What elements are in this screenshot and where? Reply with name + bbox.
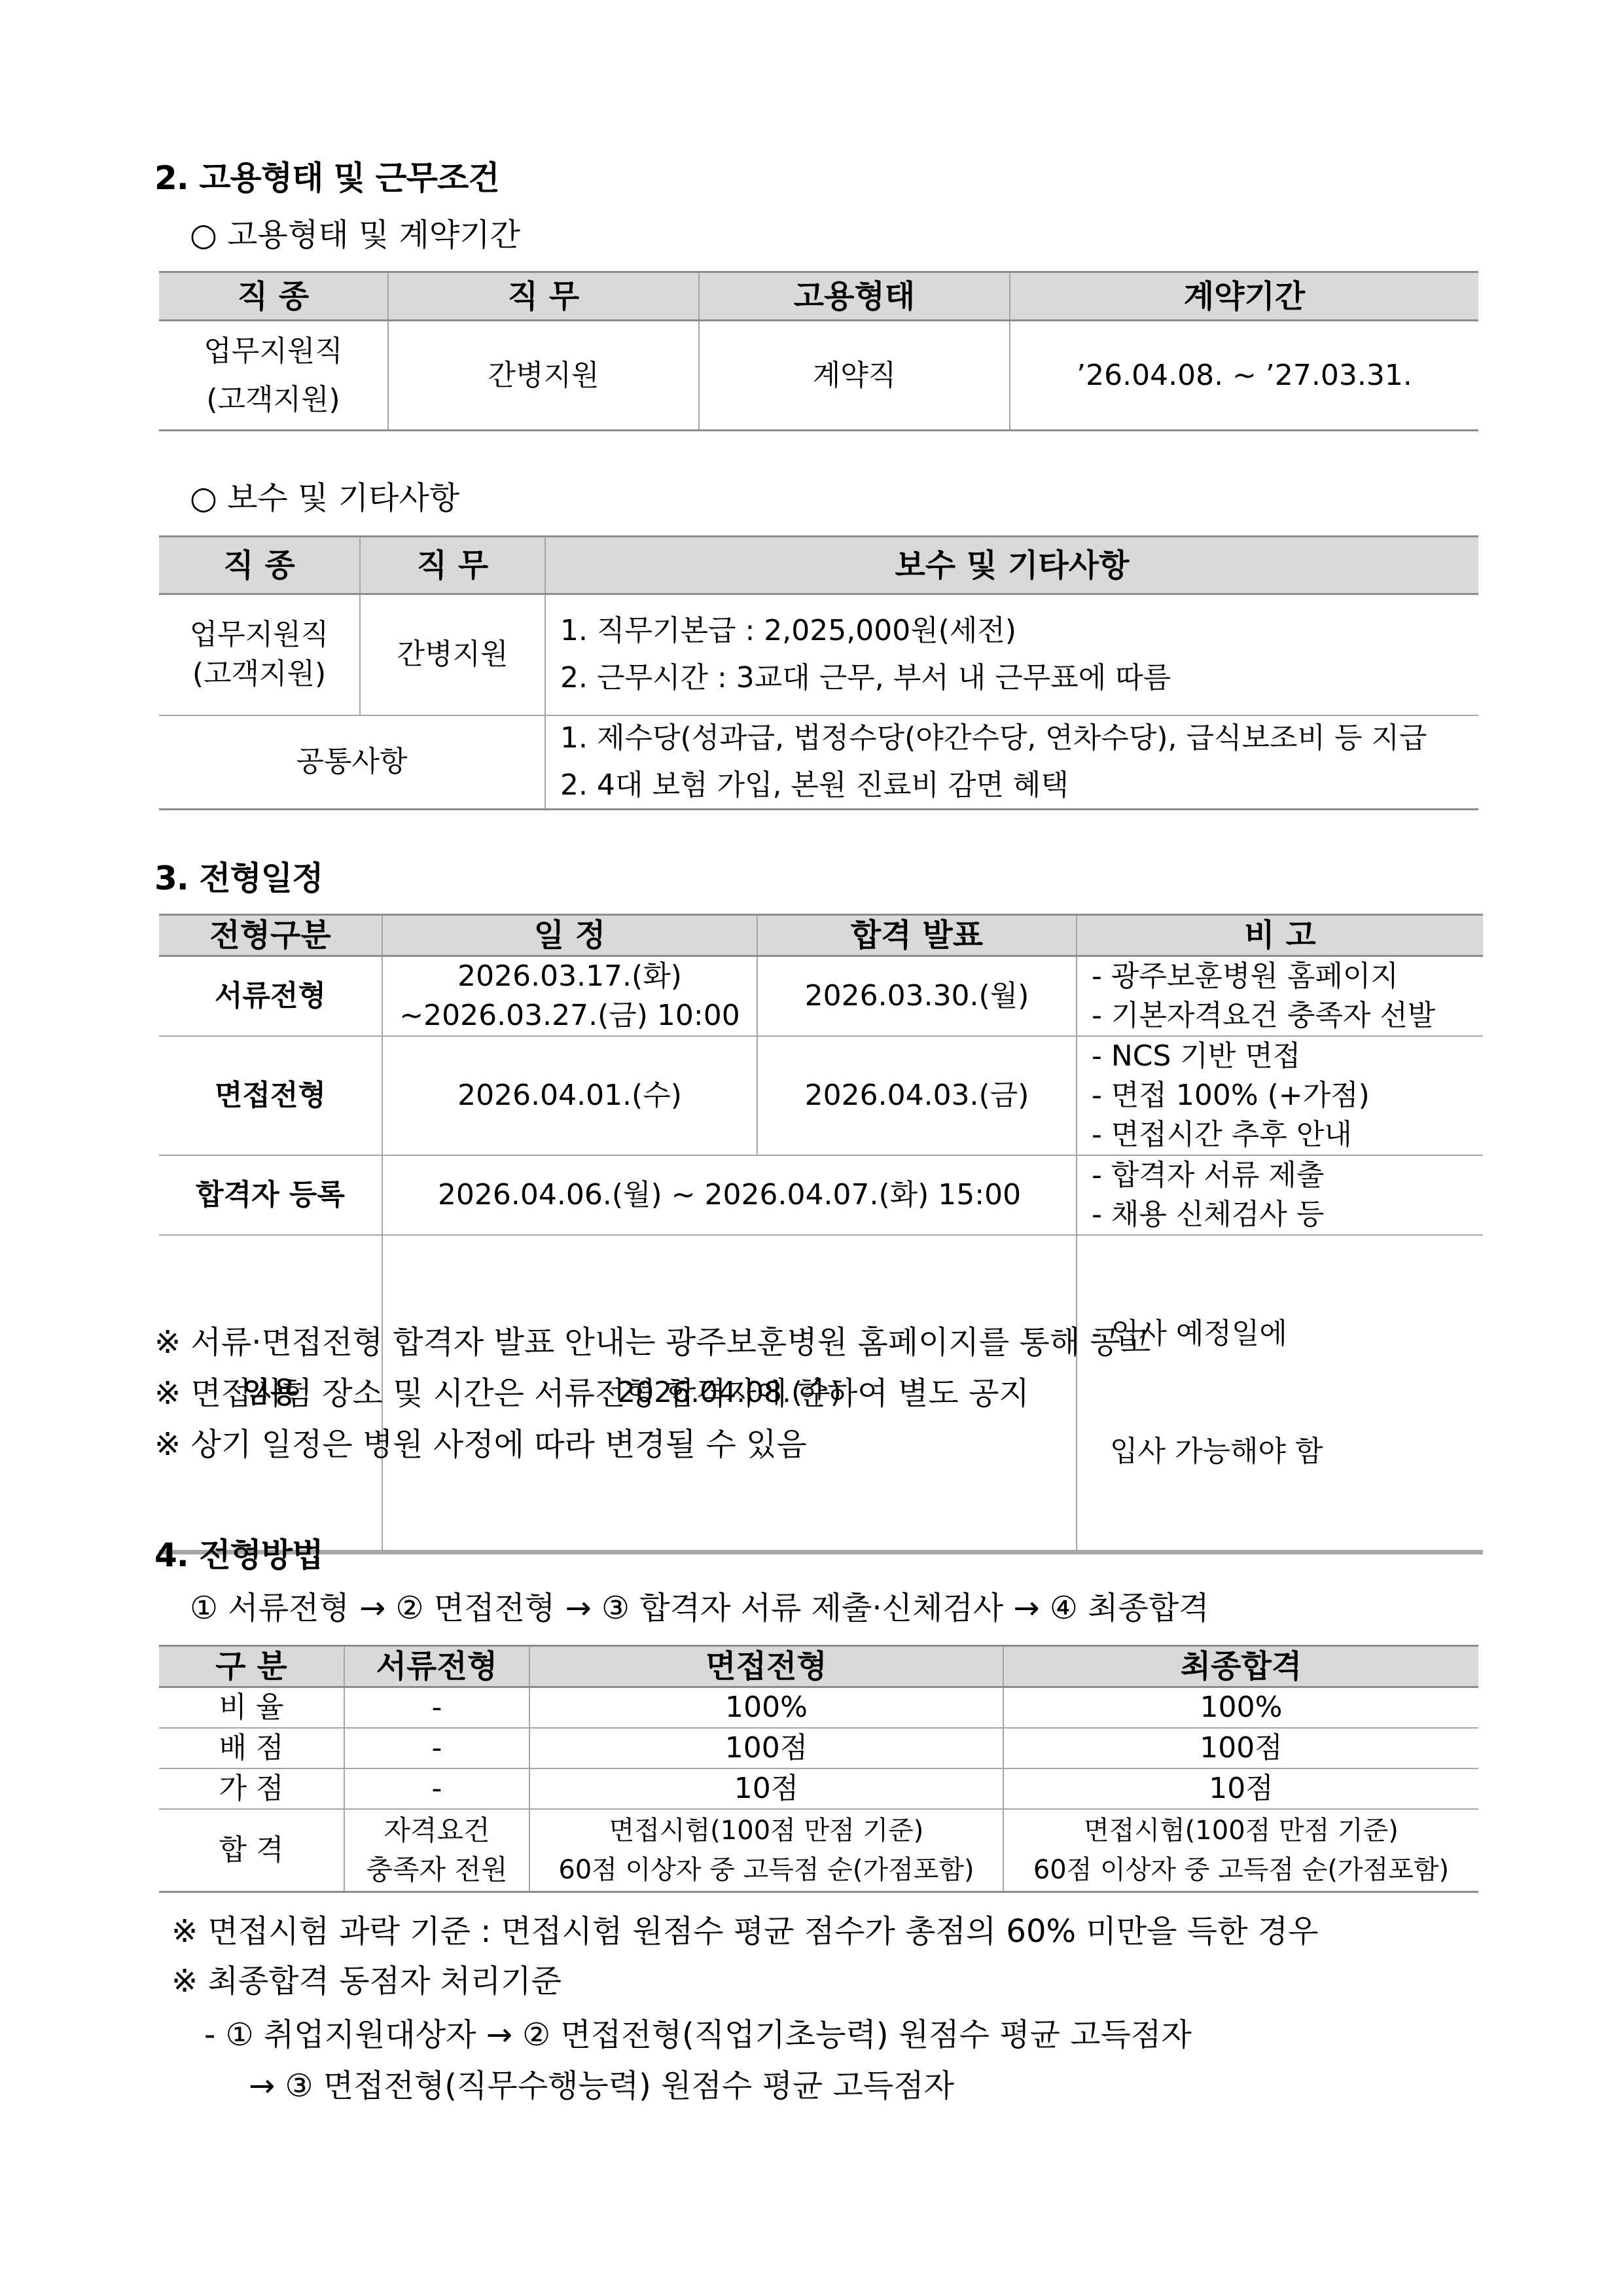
cell-remarks: - 광주보훈병원 홈페이지 - 기본자격요건 충족자 선발 — [1077, 956, 1483, 1037]
cell-label: 가 점 — [159, 1768, 344, 1809]
table-row: 면접전형 2026.04.01.(수) 2026.04.03.(금) - NCS… — [159, 1036, 1483, 1155]
cell-stage: 서류전형 — [159, 956, 382, 1037]
remark-line: - NCS 기반 면접 — [1092, 1037, 1483, 1076]
cell-document: - — [344, 1768, 529, 1809]
cell-final: 100점 — [1003, 1728, 1478, 1768]
cell-duty: 간병지원 — [388, 321, 699, 431]
header-interview-stage: 면접전형 — [529, 1646, 1003, 1687]
selection-method-table: 구 분 서류전형 면접전형 최종합격 비 율 - 100% 100% 배 점 -… — [159, 1645, 1478, 1893]
cell-interview: 10점 — [529, 1768, 1003, 1809]
header-duty: 직 무 — [388, 272, 699, 321]
employment-contract-table: 직 종 직 무 고용형태 계약기간 업무지원직 (고객지원) 간병지원 계약직 … — [159, 271, 1478, 431]
cell-schedule: 2026.04.01.(수) — [382, 1036, 757, 1155]
subheading-employment-contract: ○ 고용형태 및 계약기간 — [190, 209, 520, 255]
subheading-pay-other: ○ 보수 및 기타사항 — [190, 473, 459, 518]
schedule-note-1: ※ 서류·면접전형 합격자 발표 안내는 광주보훈병원 홈페이지를 통해 공고 — [154, 1317, 1150, 1362]
final-line1: 면접시험(100점 만점 기준) — [1004, 1811, 1478, 1850]
job-type-line1: 업무지원직 — [159, 615, 359, 655]
cell-label: 배 점 — [159, 1728, 344, 1768]
cell-interview: 100점 — [529, 1728, 1003, 1768]
cell-remarks: - 합격자 서류 제출 - 채용 신체검사 등 — [1077, 1155, 1483, 1235]
table-row: 업무지원직 (고객지원) 간병지원 계약직 ’26.04.08. ~ ’27.0… — [159, 321, 1478, 431]
cell-schedule: 2026.03.17.(화) ~2026.03.27.(금) 10:00 — [382, 956, 757, 1037]
final-line2: 60점 이상자 중 고득점 순(가점포함) — [1004, 1850, 1478, 1890]
remark-line: 입사 가능해야 함 — [1092, 1432, 1483, 1471]
pay-item-1: 1. 직무기본급 : 2,025,000원(세전) — [560, 611, 1478, 651]
common-item-2: 2. 4대 보험 가입, 본원 진료비 감면 혜택 — [560, 766, 1478, 805]
cell-document: 자격요건 충족자 전원 — [344, 1809, 529, 1892]
remark-line: - 광주보훈병원 홈페이지 — [1092, 957, 1483, 996]
table-row: 가 점 - 10점 10점 — [159, 1768, 1478, 1809]
cell-schedule: 2026.04.06.(월) ~ 2026.04.07.(화) 15:00 — [382, 1155, 1077, 1235]
cell-stage: 합격자 등록 — [159, 1155, 382, 1235]
cell-duty: 간병지원 — [360, 594, 545, 715]
schedule-line2: ~2026.03.27.(금) 10:00 — [383, 996, 757, 1035]
table-row: 업무지원직 (고객지원) 간병지원 1. 직무기본급 : 2,025,000원(… — [159, 594, 1478, 715]
table-row: 서류전형 2026.03.17.(화) ~2026.03.27.(금) 10:0… — [159, 956, 1483, 1037]
doc-line2: 충족자 전원 — [345, 1850, 529, 1890]
table-row: 배 점 - 100점 100점 — [159, 1728, 1478, 1768]
cell-final: 100% — [1003, 1687, 1478, 1729]
cell-employment-type: 계약직 — [699, 321, 1010, 431]
cell-job-type: 업무지원직 (고객지원) — [159, 321, 388, 431]
cell-contract-period: ’26.04.08. ~ ’27.03.31. — [1010, 321, 1478, 431]
header-schedule: 일 정 — [382, 915, 757, 956]
method-note-2: ※ 최종합격 동점자 처리기준 — [171, 1956, 562, 2001]
remark-line: - 기본자격요건 충족자 선발 — [1092, 996, 1483, 1035]
cell-common-items: 1. 제수당(성과급, 법정수당(야간수당, 연차수당), 급식보조비 등 지급… — [545, 715, 1478, 810]
section-4-heading: 4. 전형방법 — [154, 1529, 323, 1576]
section-2-heading: 2. 고용형태 및 근무조건 — [154, 152, 499, 199]
table-row: 합격자 등록 2026.04.06.(월) ~ 2026.04.07.(화) 1… — [159, 1155, 1483, 1235]
cell-common-label: 공통사항 — [159, 715, 545, 810]
cell-document: - — [344, 1687, 529, 1729]
cell-pay-items: 1. 직무기본급 : 2,025,000원(세전) 2. 근무시간 : 3교대 … — [545, 594, 1478, 715]
header-pay-other: 보수 및 기타사항 — [545, 537, 1478, 594]
remark-line: - 채용 신체검사 등 — [1092, 1195, 1483, 1234]
header-duty: 직 무 — [360, 537, 545, 594]
cell-remarks: - NCS 기반 면접 - 면접 100% (+가점) - 면접시간 추후 안내 — [1077, 1036, 1483, 1155]
selection-flow: ① 서류전형 → ② 면접전형 → ③ 합격자 서류 제출·신체검사 → ④ 최… — [190, 1583, 1209, 1628]
cell-interview: 100% — [529, 1687, 1003, 1729]
header-job-type: 직 종 — [159, 537, 360, 594]
schedule-note-2: ※ 면접시험 장소 및 시간은 서류전형 합격자에 한하여 별도 공지 — [154, 1368, 1029, 1413]
schedule-line1: 2026.03.17.(화) — [383, 957, 757, 996]
table-row: 공통사항 1. 제수당(성과급, 법정수당(야간수당, 연차수당), 급식보조비… — [159, 715, 1478, 810]
header-stage: 전형구분 — [159, 915, 382, 956]
header-category: 구 분 — [159, 1646, 344, 1687]
cell-document: - — [344, 1728, 529, 1768]
cell-announcement: 2026.04.03.(금) — [757, 1036, 1077, 1155]
cell-job-type: 업무지원직 (고객지원) — [159, 594, 360, 715]
interview-line2: 60점 이상자 중 고득점 순(가점포함) — [530, 1850, 1003, 1890]
job-type-line2: (고객지원) — [159, 380, 387, 420]
table-row: 합 격 자격요건 충족자 전원 면접시험(100점 만점 기준) 60점 이상자… — [159, 1809, 1478, 1892]
cell-label: 합 격 — [159, 1809, 344, 1892]
method-note-3: - ① 취업지원대상자 → ② 면접전형(직업기초능력) 원점수 평균 고득점자 — [204, 2009, 1192, 2054]
cell-remarks: - 입사 예정일에 입사 가능해야 함 — [1077, 1235, 1483, 1552]
table-row: 비 율 - 100% 100% — [159, 1687, 1478, 1729]
header-final-pass: 최종합격 — [1003, 1646, 1478, 1687]
common-item-1: 1. 제수당(성과급, 법정수당(야간수당, 연차수당), 급식보조비 등 지급 — [560, 719, 1478, 758]
remark-line: - 면접 100% (+가점) — [1092, 1076, 1483, 1115]
doc-line1: 자격요건 — [345, 1811, 529, 1850]
remark-line: - 합격자 서류 제출 — [1092, 1156, 1483, 1195]
section-3-heading: 3. 전형일정 — [154, 852, 323, 899]
header-employment-type: 고용형태 — [699, 272, 1010, 321]
pay-item-2: 2. 근무시간 : 3교대 근무, 부서 내 근무표에 따름 — [560, 658, 1478, 698]
pay-other-table: 직 종 직 무 보수 및 기타사항 업무지원직 (고객지원) 간병지원 1. 직… — [159, 535, 1478, 810]
header-contract-period: 계약기간 — [1010, 272, 1478, 321]
job-type-line2: (고객지원) — [159, 655, 359, 694]
schedule-note-3: ※ 상기 일정은 병원 사정에 따라 변경될 수 있음 — [154, 1419, 807, 1464]
remark-line: - 면접시간 추후 안내 — [1092, 1115, 1483, 1155]
header-document-stage: 서류전형 — [344, 1646, 529, 1687]
header-job-type: 직 종 — [159, 272, 388, 321]
interview-line1: 면접시험(100점 만점 기준) — [530, 1811, 1003, 1850]
cell-final: 10점 — [1003, 1768, 1478, 1809]
header-remarks: 비 고 — [1077, 915, 1483, 956]
cell-announcement: 2026.03.30.(월) — [757, 956, 1077, 1037]
cell-final: 면접시험(100점 만점 기준) 60점 이상자 중 고득점 순(가점포함) — [1003, 1809, 1478, 1892]
cell-stage: 면접전형 — [159, 1036, 382, 1155]
job-type-line1: 업무지원직 — [159, 332, 387, 371]
cell-interview: 면접시험(100점 만점 기준) 60점 이상자 중 고득점 순(가점포함) — [529, 1809, 1003, 1892]
method-note-4: → ③ 면접전형(직무수행능력) 원점수 평균 고득점자 — [249, 2060, 954, 2106]
cell-label: 비 율 — [159, 1687, 344, 1729]
header-announcement: 합격 발표 — [757, 915, 1077, 956]
method-note-1: ※ 면접시험 과락 기준 : 면접시험 원점수 평균 점수가 총점의 60% 미… — [171, 1906, 1318, 1951]
